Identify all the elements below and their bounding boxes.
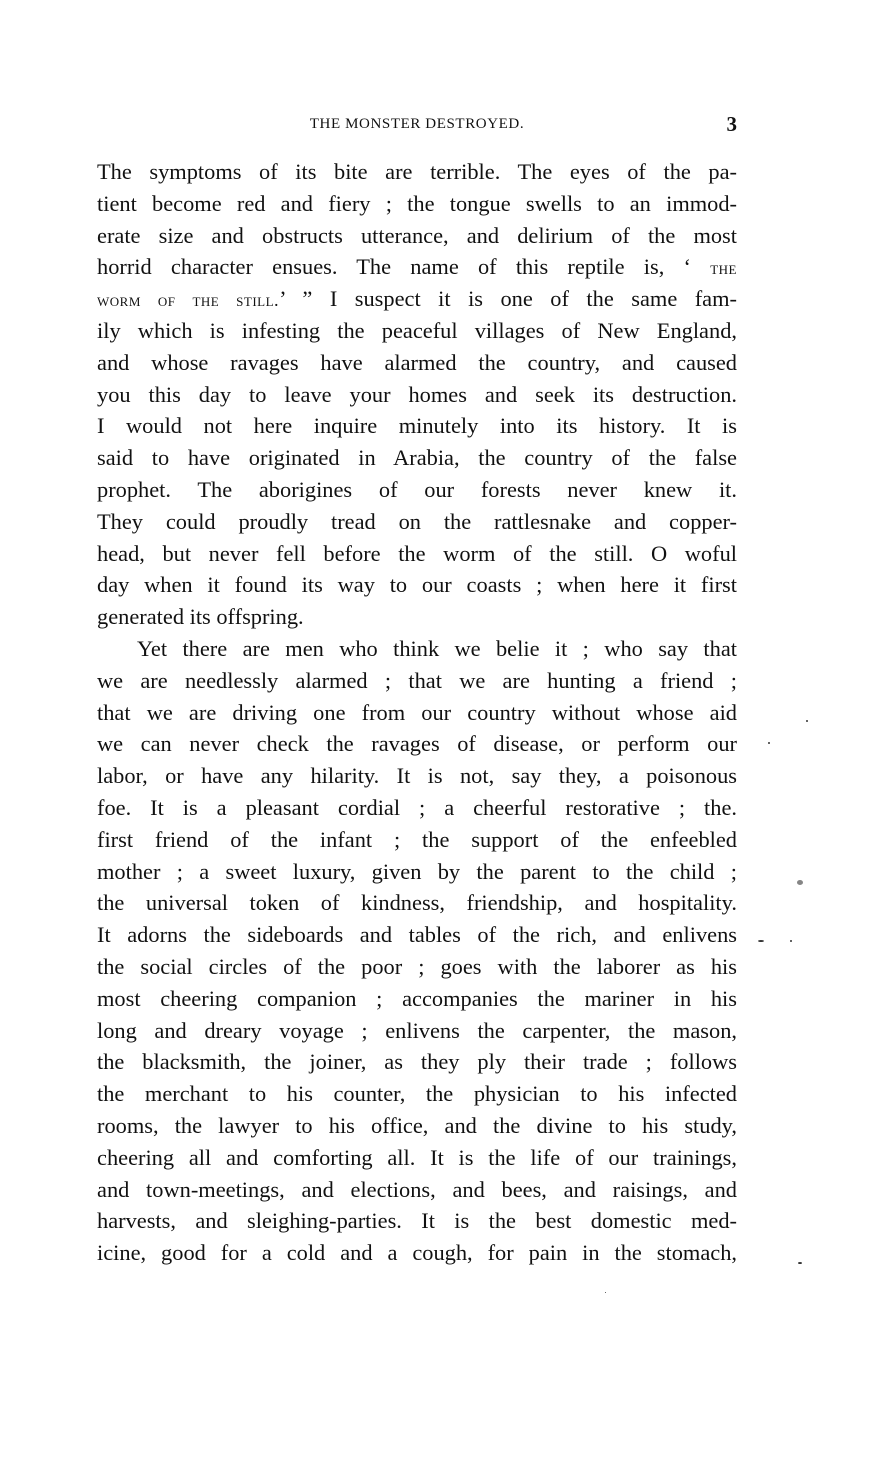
text-line: mother ; a sweet luxury, given by the pa… bbox=[97, 856, 737, 888]
text-line: The symptoms of its bite are terrible. T… bbox=[97, 156, 737, 188]
scan-speck bbox=[798, 1262, 802, 1264]
text-line: generated its offspring. bbox=[97, 601, 737, 633]
text-line: tient become red and fiery ; the tongue … bbox=[97, 188, 737, 220]
text-line: the blacksmith, the joiner, as they ply … bbox=[97, 1046, 737, 1078]
text-line: They could proudly tread on the rattlesn… bbox=[97, 506, 737, 538]
page-number: 3 bbox=[727, 112, 738, 137]
book-page: THE MONSTER DESTROYED. 3 The symptoms of… bbox=[0, 0, 888, 1475]
paragraph-2: Yet there are men who think we belie it … bbox=[97, 633, 737, 1269]
scan-speck bbox=[768, 742, 770, 744]
text-line: harvests, and sleighing-parties. It is t… bbox=[97, 1205, 737, 1237]
text-line: long and dreary voyage ; enlivens the ca… bbox=[97, 1015, 737, 1047]
scan-speck bbox=[797, 880, 803, 885]
text-line: most cheering companion ; accompanies th… bbox=[97, 983, 737, 1015]
text-line: Yet there are men who think we belie it … bbox=[97, 633, 737, 665]
text-line: head, but never fell before the worm of … bbox=[97, 538, 737, 570]
running-head: THE MONSTER DESTROYED. 3 bbox=[97, 112, 737, 140]
small-caps-segment: the bbox=[710, 258, 737, 278]
text-line: icine, good for a cold and a cough, for … bbox=[97, 1237, 737, 1269]
text-line: labor, or have any hilarity. It is not, … bbox=[97, 760, 737, 792]
running-title: THE MONSTER DESTROYED. bbox=[97, 116, 737, 133]
text-line: day when it found its way to our coasts … bbox=[97, 569, 737, 601]
text-line: foe. It is a pleasant cordial ; a cheerf… bbox=[97, 792, 737, 824]
text-line: the merchant to his counter, the physici… bbox=[97, 1078, 737, 1110]
text-line: It adorns the sideboards and tables of t… bbox=[97, 919, 737, 951]
text-line: that we are driving one from our country… bbox=[97, 697, 737, 729]
scan-speck bbox=[605, 1292, 606, 1293]
text-line: the universal token of kindness, friends… bbox=[97, 887, 737, 919]
text-line: rooms, the lawyer to his office, and the… bbox=[97, 1110, 737, 1142]
text-line: ily which is infesting the peaceful vill… bbox=[97, 315, 737, 347]
text-line-small-caps: worm of the still.’ ” I suspect it is on… bbox=[97, 283, 737, 315]
text-line: we are needlessly alarmed ; that we are … bbox=[97, 665, 737, 697]
text-line: you this day to leave your homes and see… bbox=[97, 379, 737, 411]
text-line: said to have originated in Arabia, the c… bbox=[97, 442, 737, 474]
text-line: first friend of the infant ; the support… bbox=[97, 824, 737, 856]
text-line: and whose ravages have alarmed the count… bbox=[97, 347, 737, 379]
text-segment: ’ ” I suspect it is one of the same fam- bbox=[279, 286, 737, 311]
scan-speck bbox=[790, 940, 792, 942]
text-segment: horrid character ensues. The name of thi… bbox=[97, 254, 710, 279]
text-line: we can never check the ravages of diseas… bbox=[97, 728, 737, 760]
scan-speck bbox=[806, 720, 808, 722]
text-line: I would not here inquire minutely into i… bbox=[97, 410, 737, 442]
paragraph-1: The symptoms of its bite are terrible. T… bbox=[97, 156, 737, 633]
text-line: and town-meetings, and elections, and be… bbox=[97, 1174, 737, 1206]
small-caps-segment: worm of the still. bbox=[97, 290, 279, 310]
text-line-small-caps: horrid character ensues. The name of thi… bbox=[97, 251, 737, 283]
text-line: the social circles of the poor ; goes wi… bbox=[97, 951, 737, 983]
text-line: cheering all and comforting all. It is t… bbox=[97, 1142, 737, 1174]
scan-speck bbox=[758, 940, 764, 942]
body-text: The symptoms of its bite are terrible. T… bbox=[97, 156, 737, 1269]
text-line: erate size and obstructs utterance, and … bbox=[97, 220, 737, 252]
text-line: prophet. The aborigines of our forests n… bbox=[97, 474, 737, 506]
